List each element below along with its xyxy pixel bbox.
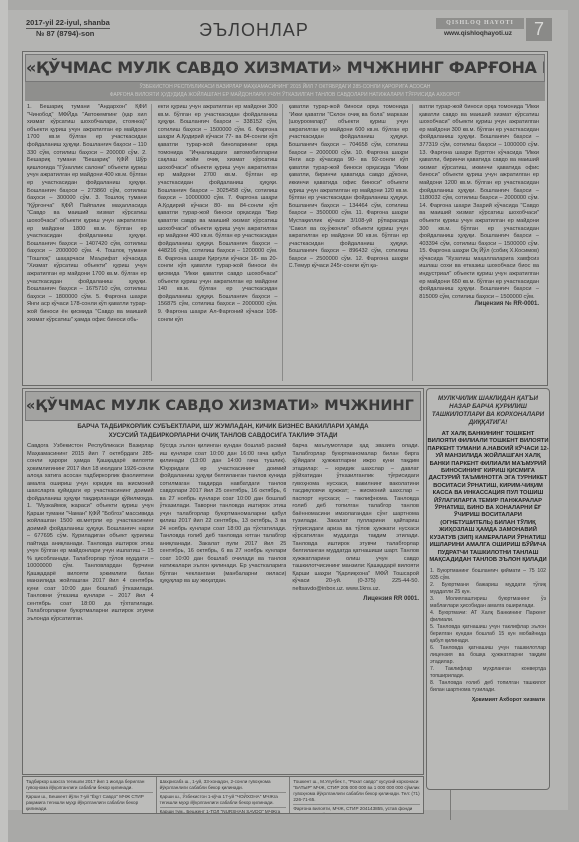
paper-crease — [450, 790, 451, 820]
notice-headline: «ҚЎЧМАС МУЛК САВДО ХИЗМАТИ» МЧЖНИНГ ФАРҒ… — [25, 54, 545, 82]
notice-body: 1. Бешариқ тумани "Андархон" ҚФЙ "Чинобо… — [27, 104, 543, 381]
notice-headline: АТ ХАЛҚ БАНКИНИНГ ТОШКЕНТ ВИЛОЯТИ ФИЛИАЛ… — [427, 431, 549, 564]
subheadline-line-1: БАРЧА ТАДБИРКОРЛИК СУБЪЕКТЛАРИ, ШУ ЖУМЛА… — [25, 423, 421, 432]
issue-number: № 87 (8794)-son — [26, 29, 110, 38]
notice-column: Тошкент ш., М.Улуғбек т., "Рохат савдо" … — [290, 777, 423, 813]
condition-item: 2. Буюртмани бажариш муддати тўлиқ мудда… — [430, 582, 546, 596]
small-notice: Қарши ш., Ўзбекистон 1-кўча 17-уй "ЧОЙХО… — [160, 794, 287, 808]
condition-item: 8. Танловда ғолиб деб топилган ташкилот … — [430, 680, 546, 694]
page-number: 7 — [526, 18, 552, 41]
website-link[interactable]: www.qishloqhayoti.uz — [444, 30, 512, 37]
condition-item: 5. Танловда қатнашиш учун таклифлар эъло… — [430, 624, 546, 645]
small-notice: Шахрисабз ш., 1-уй, 33-хонадон, 2-сонли … — [160, 779, 287, 793]
issue-info: 2017-yil 22-iyul, shanba № 87 (8794)-son — [26, 18, 110, 38]
page-header: 2017-yil 22-iyul, shanba № 87 (8794)-son… — [14, 18, 554, 42]
condition-item: 4. Буюртмачи: АТ Халқ Банкининг Паркент … — [430, 610, 546, 624]
notice-column: Тадбиркор шахсга тегишли 2017 йил 1 июлд… — [23, 777, 157, 813]
license-number: Лицензия RR 0001. — [292, 596, 419, 604]
text-column: 1. Бешариқ тумани "Андархон" ҚФЙ "Чинобо… — [27, 104, 152, 381]
text-column-last: ватли турар-жой биноси орқа томонида "Ик… — [419, 104, 543, 381]
condition-item: 7. Таклифлар муҳрланган конвертда топшир… — [430, 666, 546, 680]
notice-headline: «ҚЎЧМАС МУЛК САВДО ХИЗМАТИ» МЧЖНИНГ ҚАШҚ… — [25, 391, 421, 421]
notice-column: Шахрисабз ш., 1-уй, 33-хонадон, 2-сонли … — [157, 777, 291, 813]
bank-tender-notice: МУЛКЧИЛИК ШАКЛИДАН ҚАТЪИ НАЗАР БАРЧА ҚУР… — [426, 388, 550, 790]
notice-signature: Ҳокимият Ахборот хизмати — [427, 697, 549, 703]
notice-body: Савдога Ўзбекистон Республикаси Вазирлар… — [27, 443, 419, 770]
small-notice: Қарши тум., Бешкент 1-ТОЛ "NURSHAN SAVDO… — [160, 809, 287, 813]
text-block: барча маълумотлари ҳад эвазига олади. Та… — [292, 443, 419, 593]
notice-subheadline: ЎЗБЕКИСТОН РЕСПУБЛИКАСИ ВАЗИРЛАР МАҲКАМА… — [25, 82, 545, 101]
subheadline-line-2: ХУСУСИЙ ТАДБИРКОРЛАРНИ ОЧИҚ ТАНЛОВ САВДО… — [25, 432, 421, 441]
page-edge — [0, 0, 8, 842]
conditions-list: 1. Буюртманинг бошланғич қиймати – 75 10… — [427, 568, 549, 694]
small-notice: Қарши ш., Бешкент йўли 7-уй "Ёқут Савдо"… — [26, 794, 153, 812]
text-column: қаватли турар-жой биноси орқа томонида "… — [289, 104, 414, 381]
small-notice: Тадбиркор шахсга тегишли 2017 йил 1 июлд… — [26, 779, 153, 793]
lost-documents-notices: Тадбиркор шахсга тегишли 2017 йил 1 июлд… — [22, 776, 424, 814]
text-block: ватли турар-жой биноси орқа томонида "Ик… — [419, 104, 539, 301]
newspaper-logo: QISHLOQ HAYOTI — [436, 18, 524, 29]
condition-item: 1. Буюртманинг бошланғич қиймати – 75 10… — [430, 568, 546, 582]
text-column: екти қуриш учун ажратилган ер майдони 30… — [158, 104, 283, 381]
license-number: Лицензия № RR-0001. — [419, 301, 539, 309]
condition-item: 3. Молиялаштириш буюртманинг ўз маблағла… — [430, 596, 546, 610]
subheadline-line-2: ФАРҒОНА ВИЛОЯТИ ҲУДУДИДА ЖОЙЛАШГАН ЕР МА… — [25, 91, 545, 99]
section-title: ЭЪЛОНЛАР — [199, 20, 309, 41]
text-column: Савдога Ўзбекистон Республикаси Вазирлар… — [27, 443, 154, 770]
fergana-auction-notice: «ҚЎЧМАС МУЛК САВДО ХИЗМАТИ» МЧЖНИНГ ФАРҒ… — [22, 51, 548, 386]
kashkadarya-tender-notice: «ҚЎЧМАС МУЛК САВДО ХИЗМАТИ» МЧЖНИНГ ҚАШҚ… — [22, 388, 424, 775]
subheadline-line-1: ЎЗБЕКИСТОН РЕСПУБЛИКАСИ ВАЗИРЛАР МАҲКАМА… — [25, 83, 545, 91]
condition-item: 6. Танловда қатнашиш учун ташкилотлар ли… — [430, 645, 546, 666]
small-notice: Тошкент ш., М.Улуғбек т., "Рохат савдо" … — [293, 779, 420, 805]
issue-date: 2017-yil 22-iyul, shanba — [26, 18, 110, 29]
text-column: бўсгда эълон қилинган кундан бошлаб расм… — [160, 443, 287, 770]
notice-subheadline: БАРЧА ТАДБИРКОРЛИК СУБЪЕКТЛАРИ, ШУ ЖУМЛА… — [25, 423, 421, 440]
notice-intro: МУЛКЧИЛИК ШАКЛИДАН ҚАТЪИ НАЗАР БАРЧА ҚУР… — [427, 395, 549, 427]
small-notice: Фарғона вилояти, МЧЖ, СТИР 204143855, ус… — [293, 806, 420, 813]
text-column-last: барча маълумотлари ҳад эвазига олади. Та… — [292, 443, 419, 770]
